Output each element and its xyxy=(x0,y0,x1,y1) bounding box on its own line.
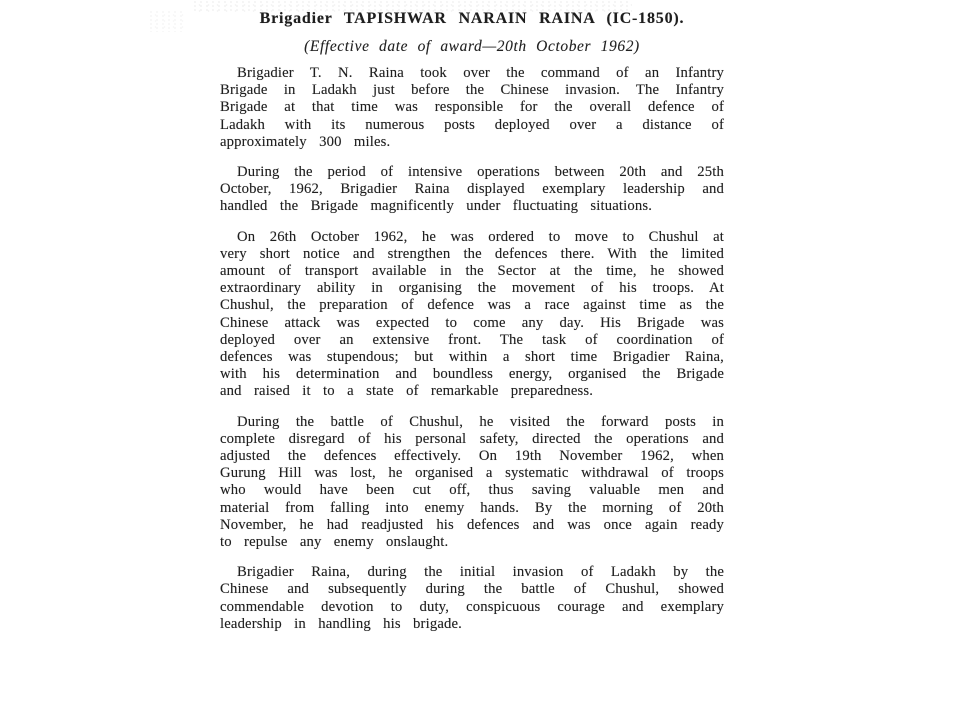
paragraph: On 26th October 1962, he was ordered to … xyxy=(220,229,724,401)
document-title: Brigadier TAPISHWAR NARAIN RAINA (IC-185… xyxy=(220,10,724,28)
paragraph: During the battle of Chushul, he visited… xyxy=(220,414,724,552)
award-effective-date-line: (Effective date of award—20th October 19… xyxy=(220,38,724,56)
scanned-document-page: Brigadier TAPISHWAR NARAIN RAINA (IC-185… xyxy=(0,0,960,720)
citation-body: Brigadier T. N. Raina took over the comm… xyxy=(220,65,724,633)
scan-speckle-artifact xyxy=(148,10,186,32)
paragraph: Brigadier Raina, during the initial inva… xyxy=(220,564,724,633)
citation-document: Brigadier TAPISHWAR NARAIN RAINA (IC-185… xyxy=(220,10,724,646)
paragraph: Brigadier T. N. Raina took over the comm… xyxy=(220,65,724,151)
paragraph: During the period of intensive operation… xyxy=(220,164,724,216)
